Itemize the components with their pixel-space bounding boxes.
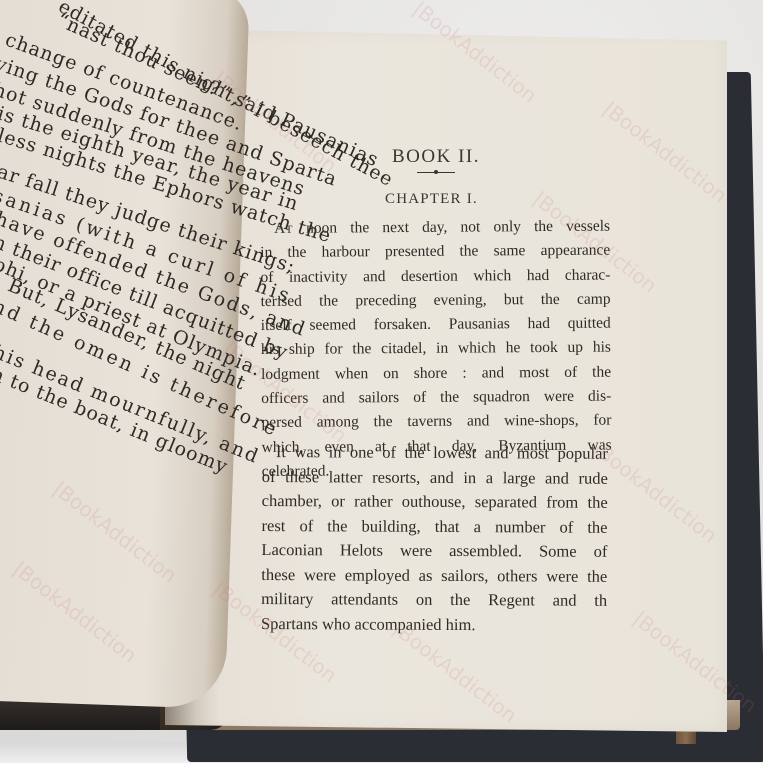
text-line: It was in one of the lowest and most pop… bbox=[262, 440, 608, 466]
text-line-rest: noon the next day, not only the vessels bbox=[293, 218, 610, 237]
text-line: these were employed as sailors, others w… bbox=[261, 562, 607, 588]
text-line: his ship for the citadel, in which he to… bbox=[261, 336, 611, 363]
text-line: chamber, or rather outhouse, separated f… bbox=[262, 489, 608, 515]
text-line: officers and sailors of the squadron wer… bbox=[261, 385, 611, 412]
text-line: of inactivity and desertion which had ch… bbox=[260, 263, 610, 290]
chapter-heading: CHAPTER I. bbox=[385, 191, 478, 208]
left-page-text: editated this night,” I beseech thee “na… bbox=[0, 0, 260, 420]
text-line: itself seemed forsaken. Pausanias had qu… bbox=[261, 312, 611, 339]
text-line: Laconian Helots were assembled. Some of bbox=[261, 538, 607, 564]
paragraph-2: It was in one of the lowest and most pop… bbox=[261, 440, 608, 638]
text-line: lodgment when on shore : and most of the bbox=[261, 360, 611, 387]
text-line: of these latter resorts, and in a large … bbox=[262, 464, 608, 490]
text-line: Spartans who accompanied him. bbox=[261, 611, 607, 637]
text-line: persed among the taverns and wine-shops,… bbox=[261, 409, 611, 436]
text-line: rest of the building, that a number of t… bbox=[261, 513, 607, 539]
text-line: terised the preceding evening, but the c… bbox=[261, 287, 611, 314]
book-heading: BOOK II. bbox=[392, 146, 480, 168]
drop-word: At bbox=[274, 220, 293, 237]
text-line: military attendants on the Regent and th bbox=[261, 587, 607, 613]
text-line: in the harbour presented the same appear… bbox=[260, 239, 610, 266]
ornament-dot-icon bbox=[434, 170, 438, 174]
text-line: At noon the next day, not only the vesse… bbox=[260, 215, 610, 242]
